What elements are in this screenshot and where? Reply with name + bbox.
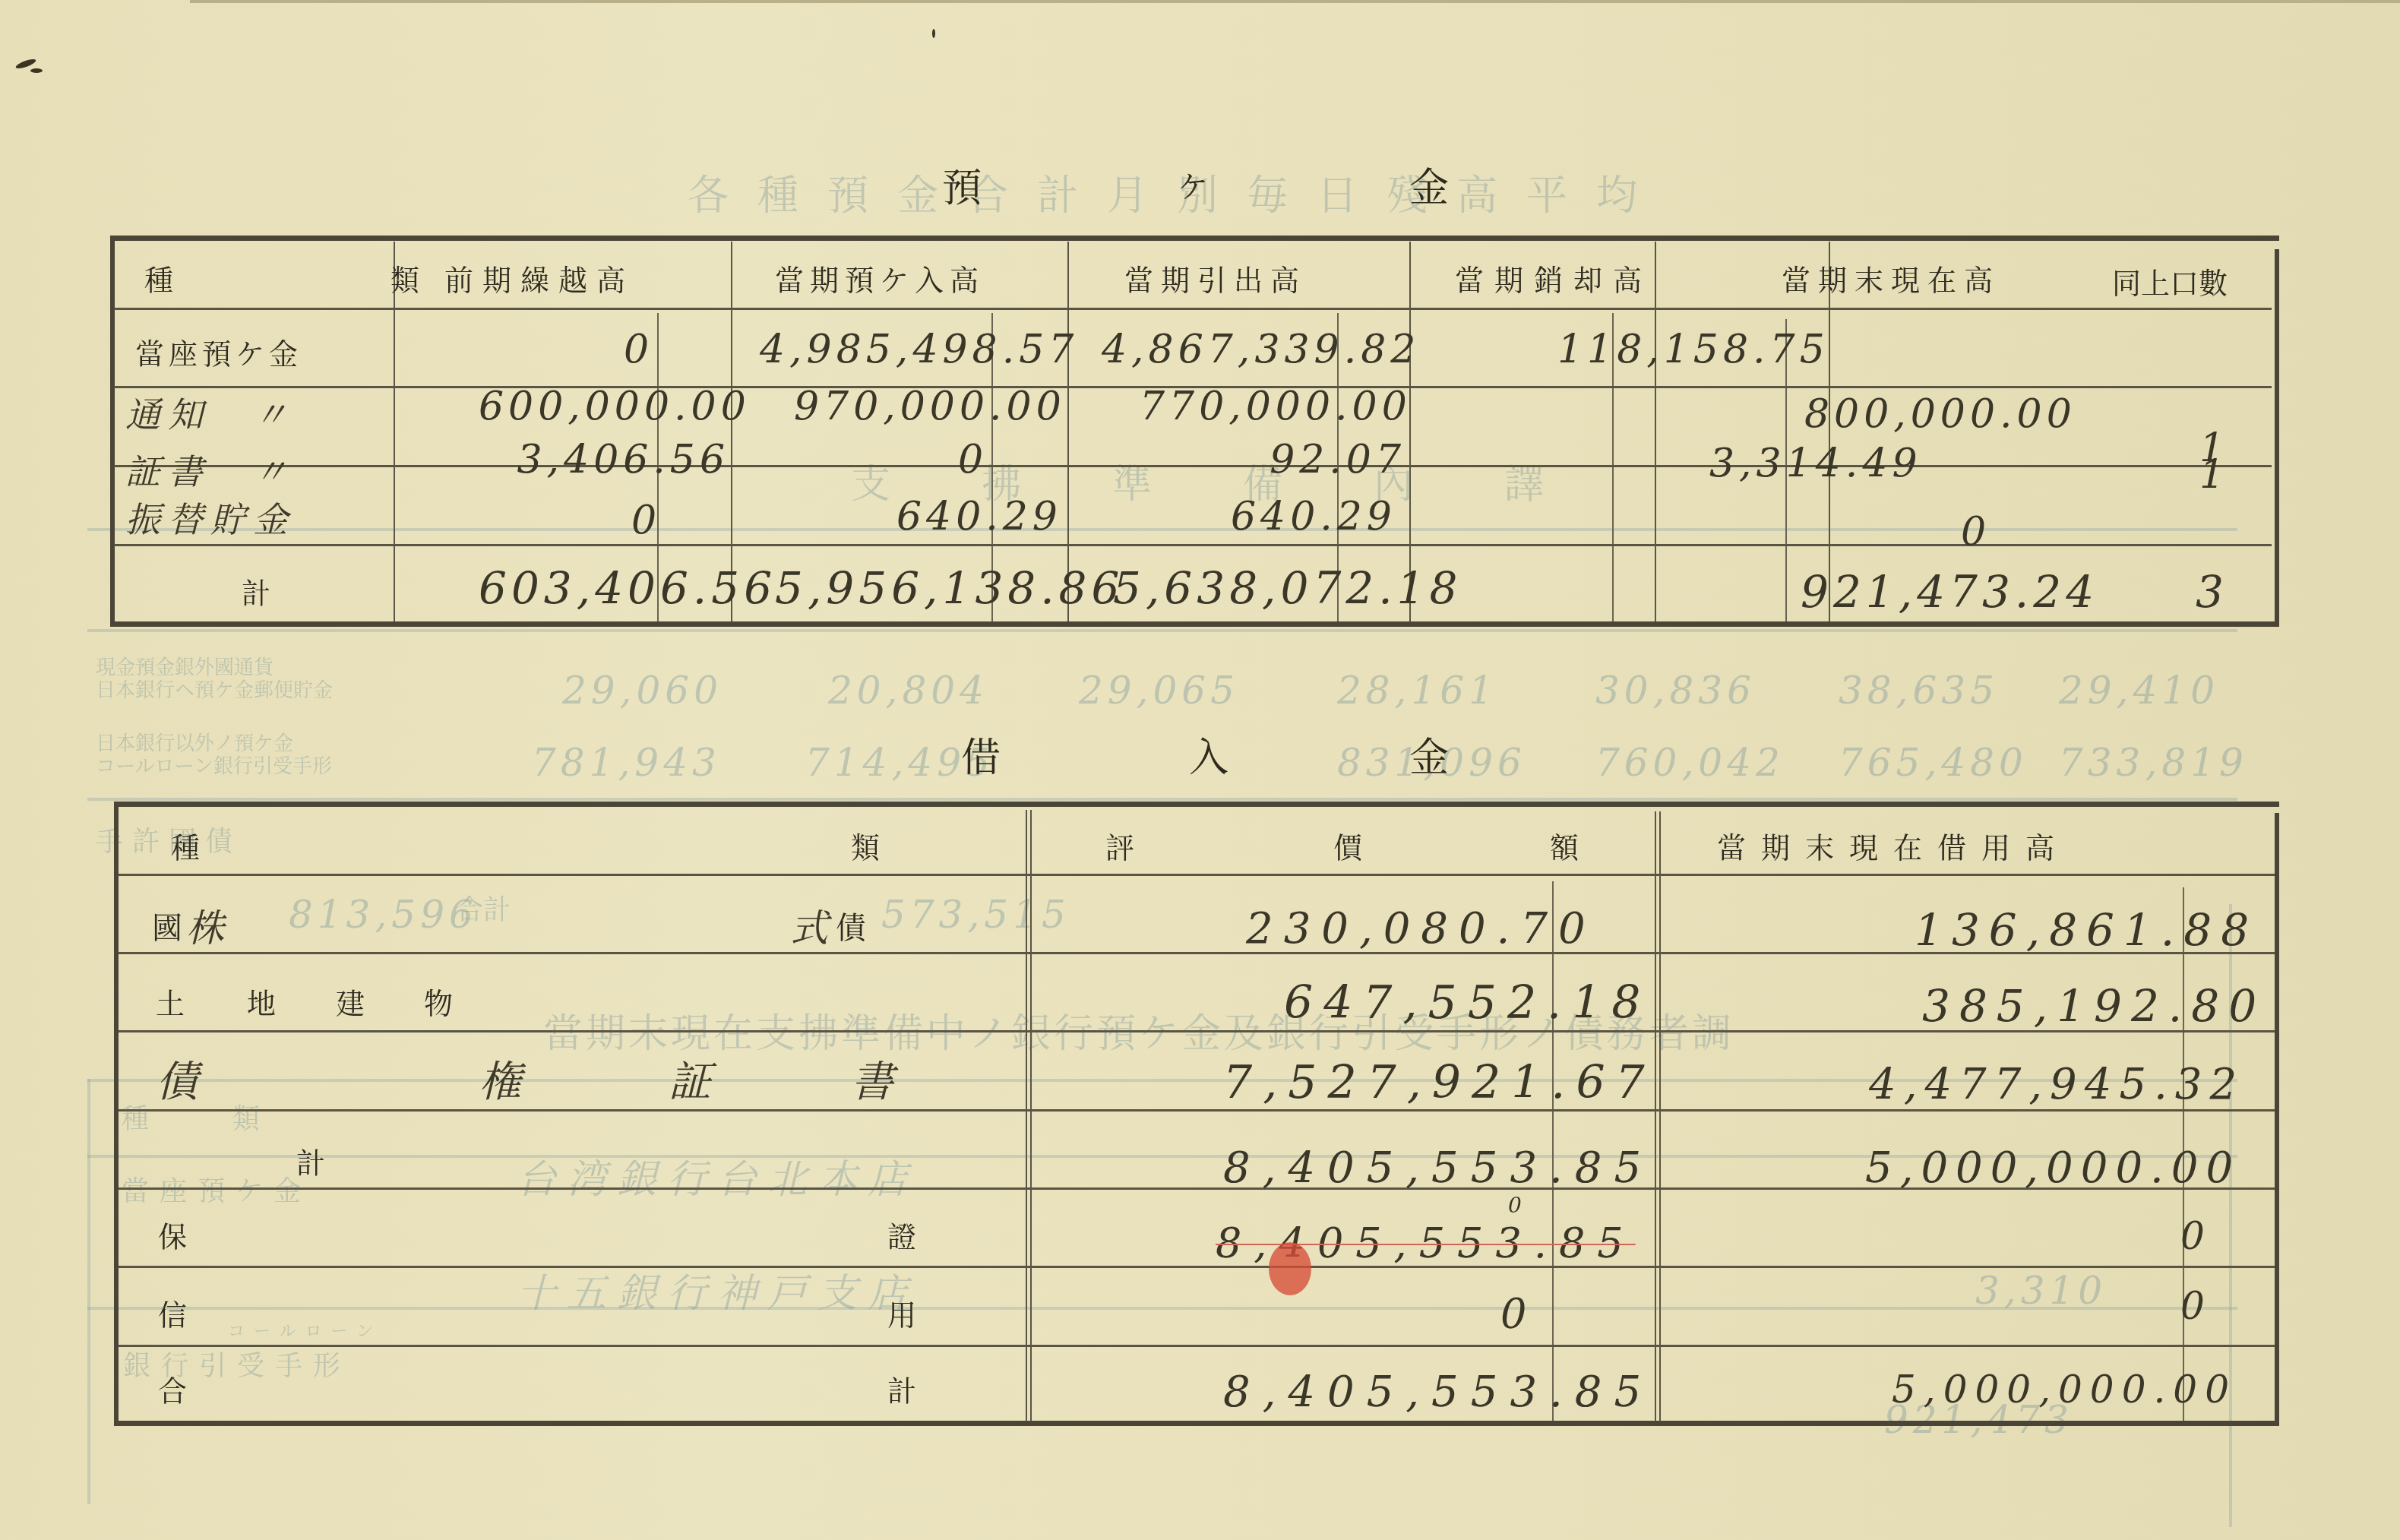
header-type: 種 類 <box>144 257 473 299</box>
row-type-label: 通知 〃 <box>125 387 296 438</box>
show-through-figure: 813,596 <box>289 893 478 937</box>
row-divider <box>119 1266 2275 1268</box>
table-border-left <box>114 805 119 1422</box>
total-current-balance: 921,473.24 <box>1801 566 2098 618</box>
deposits-title-char: 預 <box>942 156 982 213</box>
row-type-char: 合 <box>158 1368 187 1409</box>
show-through-figure: 20,804 <box>828 669 988 713</box>
borrowings-title-char: 借 <box>961 726 1001 783</box>
cell-brought-forward: 600,000.00 <box>479 384 751 429</box>
row-divider <box>119 874 2275 876</box>
show-through-figure: 573,515 <box>881 893 1070 937</box>
show-through-figure: 781,943 <box>532 741 721 785</box>
total-withdrawn: 5,638,072.18 <box>1113 562 1462 614</box>
show-through-rule <box>87 1307 2237 1310</box>
table-border-bottom <box>114 1421 2279 1426</box>
cell-balance: 4,477,945.32 <box>1869 1060 2244 1109</box>
borrowings-title-char: 金 <box>1409 726 1449 783</box>
row-type-char: 書 <box>851 1048 901 1109</box>
cell-balance: 136,861.88 <box>1915 904 2258 956</box>
table-border-bottom <box>110 621 2279 627</box>
cell-withdrawn: 770,000.00 <box>1140 384 1412 429</box>
column-divider <box>394 242 395 621</box>
header-written-off: 當期銷却高 <box>1455 257 1652 299</box>
red-seal-stamp <box>1269 1242 1311 1295</box>
show-through-label: 日本銀行ヘ預ケ金郵便貯金 <box>96 675 333 703</box>
column-divider <box>1659 811 1661 1421</box>
header-valuation: 價 <box>1333 824 1362 866</box>
row-type-char: 物 <box>424 980 453 1022</box>
cell-valuation: 0 <box>1500 1290 1531 1338</box>
row-divider <box>119 1109 2275 1112</box>
row-type-char: 證 <box>887 1213 916 1255</box>
cell-deposited: 0 <box>836 437 988 482</box>
table-border-right <box>2275 249 2279 621</box>
total-deposited: 5,956,138.86 <box>775 562 1124 614</box>
row-type-char: 用 <box>887 1292 916 1333</box>
cell-current-balance: 3,314.49 <box>1709 441 1899 486</box>
show-through-figure: 29,060 <box>562 669 723 713</box>
page-edge <box>190 0 2400 3</box>
column-divider <box>1030 810 1032 1421</box>
cell-withdrawn: 640.29 <box>1231 494 1396 539</box>
show-through-figure: 733,819 <box>2059 741 2248 785</box>
column-divider <box>1655 242 1656 621</box>
cell-deposited: 4,985,498.57 <box>760 327 1078 372</box>
show-through-label: 銀行引受手形 <box>123 1345 351 1383</box>
cell-balance: 5,000,000.00 <box>1892 1368 2237 1412</box>
show-through-figure: 28,161 <box>1337 669 1497 713</box>
show-through-title: 各種預金合計月別毎日殘高平均 <box>688 163 1666 222</box>
row-type-char: 信 <box>158 1292 187 1333</box>
table-border-top <box>114 802 2279 807</box>
total-label: 計 <box>242 570 270 612</box>
borrowings-title-char: 入 <box>1189 726 1228 783</box>
header-balance: 當期末現在借用高 <box>1717 824 2070 866</box>
cell-balance: 0 <box>2180 1214 2209 1258</box>
show-through-label: 種類 <box>122 1098 343 1137</box>
cell-balance: 5,000,000.00 <box>1865 1143 2240 1193</box>
show-through-figure: 29,410 <box>2059 669 2219 713</box>
row-type-char: 証 <box>669 1048 719 1109</box>
table-border-right <box>2275 813 2279 1422</box>
row-type-char: 保 <box>158 1213 187 1255</box>
total-brought-forward: 603,406.56 <box>479 562 776 614</box>
row-type-char: 債 <box>836 904 866 947</box>
cell-valuation: 230,080.70 <box>1246 904 1596 953</box>
show-through-label: コールローン銀行引受手形 <box>96 751 332 779</box>
show-through-label: コールローン <box>228 1318 382 1342</box>
row-type-char: 土 <box>156 980 185 1022</box>
cell-brought-forward: 0 <box>486 498 661 543</box>
cell-valuation: 647,552.18 <box>1284 976 1652 1029</box>
show-through-figure: 30,836 <box>1595 669 1756 713</box>
ink-smudge <box>30 68 43 73</box>
cell-current-balance: 800,000.00 <box>1804 391 2076 437</box>
row-type-char: 債 <box>156 1048 206 1109</box>
cell-withdrawn: 92.07 <box>1178 437 1406 482</box>
header-valuation: 額 <box>1550 824 1579 866</box>
deposits-title-char: 金 <box>1409 156 1449 213</box>
cell-valuation: 7,527,921.67 <box>1223 1056 1655 1109</box>
header-deposited: 當期預ケ入高 <box>775 257 985 299</box>
row-type-char: 計 <box>887 1368 916 1409</box>
row-type-char: 式 <box>790 898 836 953</box>
show-through-figure: 765,480 <box>1839 741 2028 785</box>
cell-withdrawn: 4,867,339.82 <box>1102 327 1420 372</box>
cell-current-balance: 118,158.75 <box>1557 327 1793 372</box>
ink-speck <box>932 29 935 38</box>
row-divider <box>114 308 2272 310</box>
row-type-char: 計 <box>296 1140 325 1181</box>
show-through-figure: 38,635 <box>1839 669 1999 713</box>
deposits-title-char: ケ <box>1178 163 1208 207</box>
cell-balance: 385,192.80 <box>1922 980 2266 1032</box>
correction-note: 0 <box>1508 1193 1526 1218</box>
document-page: 各種預金合計月別毎日殘高平均 支拂準備內譯 當期末現在支拂準備中ノ銀行預ケ金及銀… <box>0 0 2400 1540</box>
cell-deposited: 970,000.00 <box>794 384 1066 429</box>
show-through-figure: 760,042 <box>1595 741 1785 785</box>
cell-deposited: 640.29 <box>896 494 1062 539</box>
header-brought-forward: 前期繰越高 <box>444 257 634 299</box>
cell-brought-forward: 3,406.56 <box>486 437 729 482</box>
row-type-char: 権 <box>479 1048 529 1109</box>
row-type-label: 當座預ケ金 <box>135 330 302 372</box>
column-divider <box>1026 810 1027 1421</box>
header-valuation: 評 <box>1105 824 1134 866</box>
show-through-figure: 29,065 <box>1079 669 1239 713</box>
cell-account-count: 1 <box>2199 452 2229 498</box>
row-type-char: 國 <box>152 904 182 947</box>
cell-valuation: 8,405,553.85 <box>1223 1368 1653 1417</box>
header-type: 類 <box>851 824 880 866</box>
row-type-char: 地 <box>247 980 276 1022</box>
total-account-count: 3 <box>2196 566 2228 618</box>
row-type-char: 株 <box>186 898 232 953</box>
header-account-count: 同上口數 <box>2112 260 2228 302</box>
header-type: 種 <box>171 824 200 866</box>
cell-valuation: 8,405,553.85 <box>1223 1143 1653 1193</box>
row-divider <box>119 1345 2275 1347</box>
cell-brought-forward: 0 <box>486 327 653 372</box>
table-border-top <box>110 236 2279 241</box>
show-through-rule <box>87 798 2237 801</box>
column-divider <box>1655 811 1656 1421</box>
row-type-char: 建 <box>336 980 365 1022</box>
header-withdrawn: 當期引出高 <box>1124 257 1307 299</box>
cell-balance: 0 <box>2180 1284 2209 1328</box>
show-through-rule <box>87 629 2237 632</box>
row-type-label: 振替貯金 <box>125 492 296 542</box>
show-through-rule <box>87 1079 90 1504</box>
header-current-balance: 當期末現在高 <box>1782 257 2000 299</box>
cell-current-balance: 0 <box>1823 509 1991 555</box>
row-type-label: 証書 〃 <box>125 444 296 495</box>
table-border-left <box>110 239 115 623</box>
